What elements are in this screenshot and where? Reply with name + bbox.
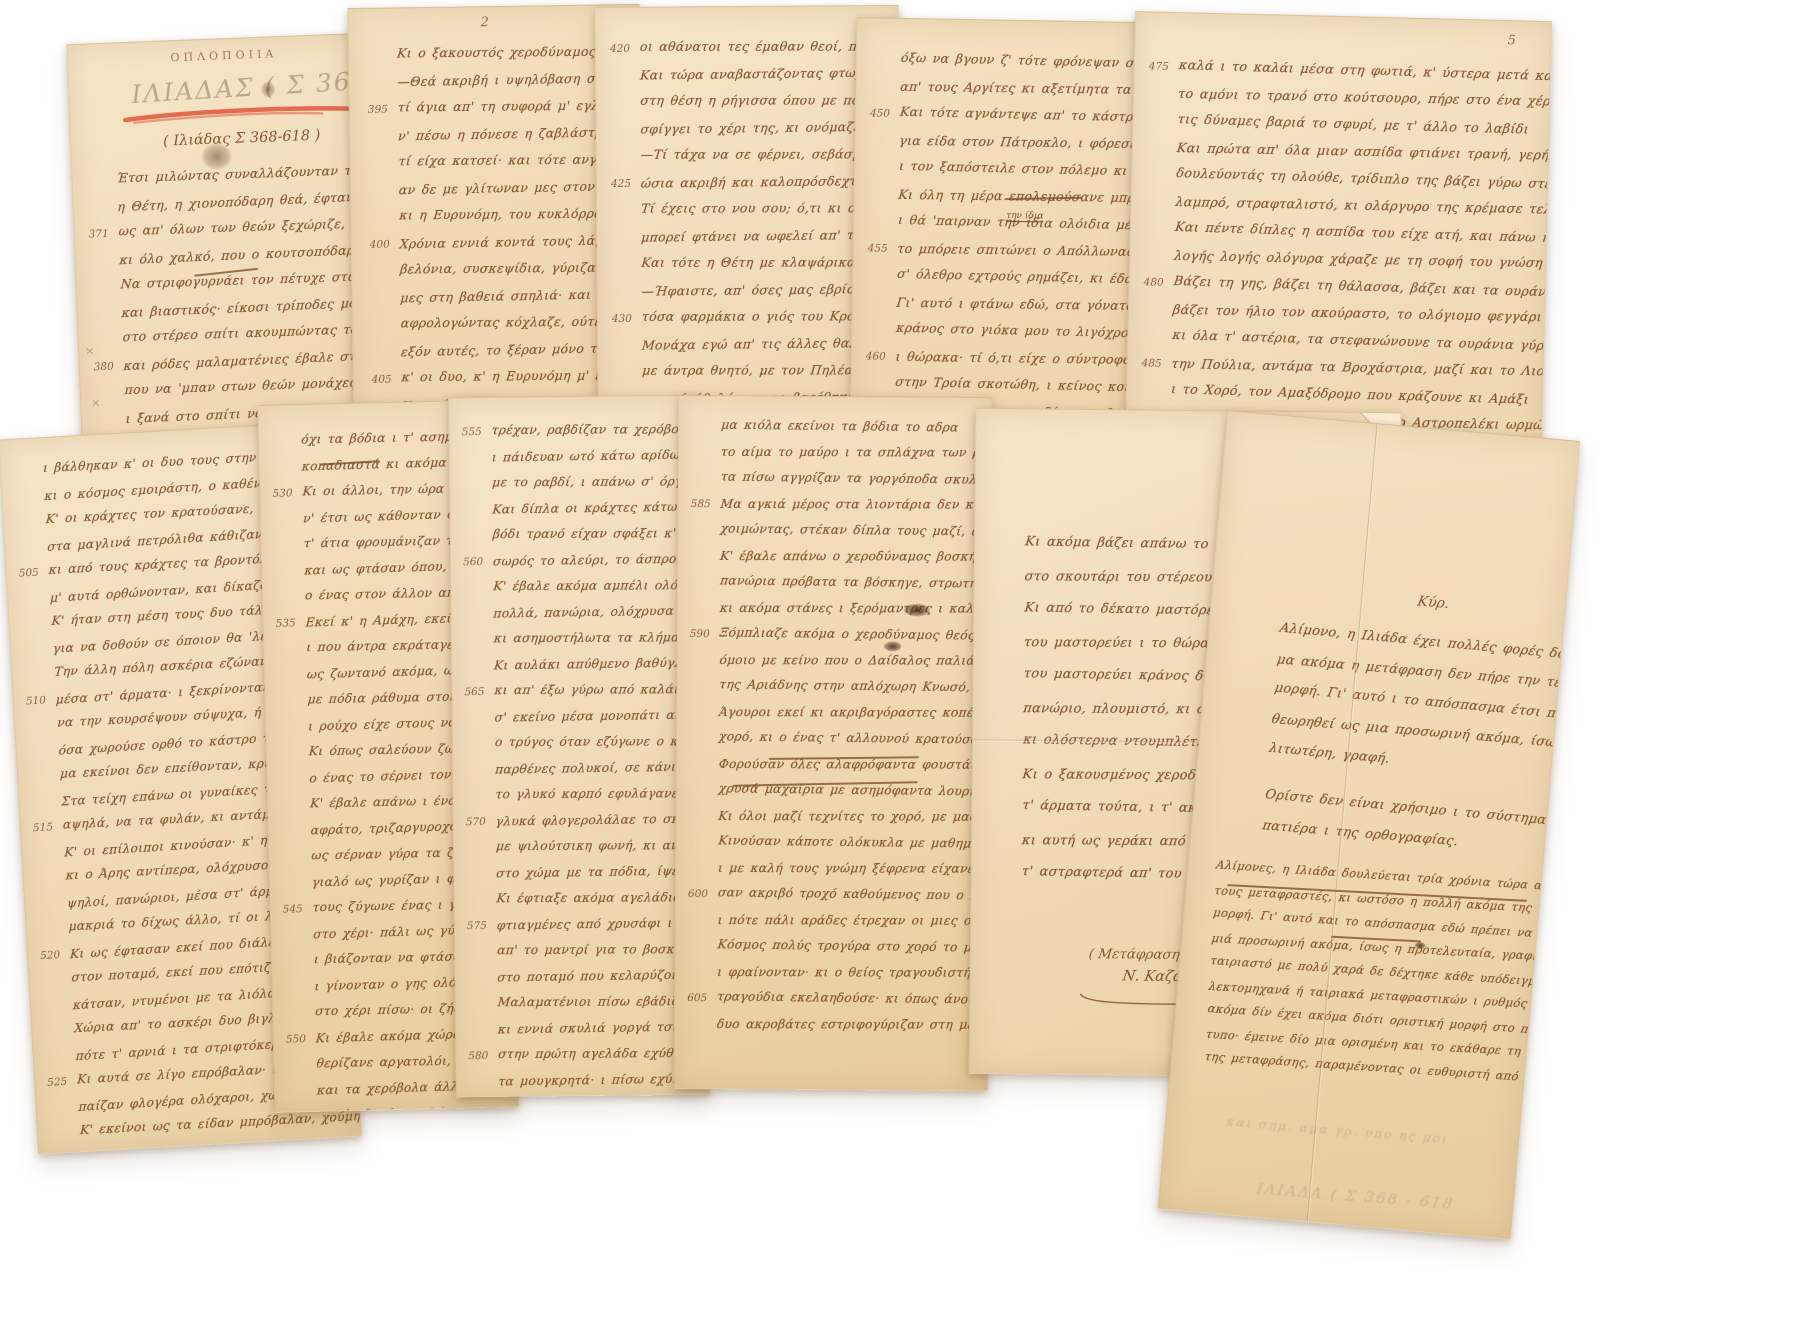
verse-number (11, 499, 45, 501)
verse-number (92, 422, 126, 423)
verse-line: στο ποταμό που κελαρύζοντας κυλούσε (463, 968, 707, 997)
verse-number (1142, 177, 1176, 178)
verse-line: Κ' έβαλε ακόμα αμπέλι ολόφορτο απ' τα (459, 578, 703, 607)
verse-number (272, 652, 306, 653)
verse-line: 560σωρός το αλεύρι, το άσπρο, ετοίμαζαν … (459, 552, 703, 581)
verse-number: 420 (606, 43, 640, 55)
verse-text: καλά ι το καλάι μέσα στη φωτιά, κ' ύστερ… (1178, 58, 1552, 85)
verse-number (46, 1135, 80, 1137)
verse-number (276, 808, 310, 809)
verse-text: χορό, κι ο ένας τ' αλλουνού κρατούσαν το… (718, 729, 992, 747)
verse-text: ι φραίνονταν· κι ο θείος τραγουδιστής στ… (717, 965, 993, 980)
verse-number (9, 473, 43, 475)
verse-text: δυο ακροβάτες εστριφογύριζαν στη μέση τρ… (716, 1017, 992, 1032)
verse-line: ο τρύγος όταν εζύγωνε ο καιρός, τ' αμπελ… (461, 734, 705, 763)
verse-number (274, 730, 308, 731)
verse-line: το γλυκό καρπό εφυλάγανε κοιλάρες (461, 786, 705, 815)
verse-text: Φορούσαν όλες αλαφρόφαντα φουστάνια, και… (718, 757, 992, 772)
verse-number: 480 (1139, 276, 1173, 289)
verse-line: κι ασημοστήλωτα τα κλήματα βοχά (460, 630, 704, 659)
faint-pencil-ghost: και σημ. αμα γρ. υπο ης μοι (1225, 1115, 1449, 1146)
ink-smudge (904, 603, 930, 616)
verse-number: 565 (460, 686, 494, 698)
verse-line: πολλά, πανώρια, ολόχρυσα τσαμπιά ψη (460, 604, 704, 633)
verse-line: Κ' έβαλε απάνω ο χεροδύναμος βοσκή μεγάλ… (686, 548, 990, 576)
verse-text: τρέχαν, ραβδίζαν τα χερόβολα στην αγκαλι… (491, 422, 710, 438)
verse-number: 485 (1137, 357, 1171, 370)
verse-line: ι με καλή τους γνώμη ξέφρενα είχανε τα π… (684, 860, 988, 888)
verse-line: Μαλαματένιοι πίσω εβάδιζαν τσοπάνοι (464, 994, 708, 1023)
verse-number: 570 (462, 816, 496, 828)
verse-number (271, 574, 305, 575)
verse-line: τα μουγκρητά· ι πίσω εχύνονταν τα παλ (464, 1072, 708, 1098)
verse-number (28, 804, 62, 806)
verse-line: απ' το μαντρί για το βοσκοτόπι κινούσαν (463, 942, 707, 971)
margin-note: × (91, 396, 101, 409)
verse-number (31, 855, 65, 857)
verse-number (867, 62, 901, 63)
verse-number: 505 (14, 566, 49, 580)
verse-number: 550 (282, 1033, 316, 1046)
verse-number: 575 (463, 920, 497, 932)
verse-number (269, 522, 303, 523)
verse-number: 585 (687, 498, 721, 510)
verse-number: 530 (268, 487, 302, 500)
letter-para1: Αλίμονο, η Ιλιάδα έχει πολλές φορές δουλ… (1267, 622, 1555, 795)
verse-number (863, 278, 897, 279)
verse-number (278, 886, 312, 887)
verse-text: κι ακόμα στάνες ι ξερόμαντρες ι καλύβες (719, 601, 992, 616)
verse-number (274, 704, 308, 705)
verse-number: 380 (90, 360, 124, 373)
verse-line: 570γλυκά φλογερολάλαε το σκοπό του Λίνου (462, 812, 706, 841)
verse-number (32, 881, 66, 883)
verse-number (35, 931, 69, 933)
verse-text: μα κιόλα εκείνοι τα βόδια το αδρα (720, 418, 959, 435)
verse-line: της Αριάδνης στην απλόχωρη Κνωσό, της ωρ… (685, 678, 989, 706)
verse-number: 520 (36, 948, 71, 962)
verse-number (267, 444, 301, 445)
verse-number (281, 1016, 315, 1017)
verse-number (862, 332, 896, 333)
faint-pencil-ghost: ΙΛΙΑΔΑ ( Σ 368 - 618 (1255, 1180, 1455, 1213)
verse-number: 525 (43, 1075, 78, 1089)
verse-number: 405 (368, 373, 402, 385)
verse-number: 455 (864, 242, 898, 255)
verse-number (281, 990, 315, 991)
verse-number (14, 550, 48, 552)
verse-number (12, 524, 46, 526)
verse-line: 590Ξόμπλιαζε ακόμα ο χεροδύναμος θεός χο… (686, 626, 990, 654)
verse-number (1143, 123, 1177, 124)
verse-line: 600σαν ακριβό τροχό καθούμενος που ο κερ… (684, 886, 988, 914)
verse-text: πανώρια πρόβατα τα βόσκηγε, στρωτή λαγκά… (719, 573, 992, 591)
margin-note: × (85, 344, 95, 357)
verse-number (1141, 231, 1175, 232)
verse-number (861, 386, 895, 387)
verse-number (41, 1033, 75, 1035)
verse-number: 475 (1145, 60, 1179, 73)
verse-number: 580 (464, 1050, 498, 1062)
verse-text: Κινούσαν κάποτε ολόκυκλα με μαθημένα πόδ… (718, 833, 993, 851)
verse-line: Φορούσαν όλες αλαφρόφαντα φουστάνια, και… (685, 756, 989, 784)
verse-line: Και δίπλα οι κράχτες κάτω από ένα δρυ (458, 500, 702, 529)
ink-smudge (884, 641, 902, 651)
verse-number: 395 (364, 103, 398, 115)
verse-text: Ξόμπλιαζε ακόμα ο χεροδύναμος θεός χοροσ… (719, 625, 992, 643)
verse-number: 600 (684, 888, 718, 900)
verse-number (21, 677, 55, 679)
verse-number (275, 756, 309, 757)
verse-number (1138, 339, 1172, 340)
verse-number: 371 (84, 227, 118, 240)
verse-number: 510 (22, 693, 57, 707)
verse-line: παρθένες πολυκοί, σε κάνιστρα νεανικά (461, 760, 705, 789)
verse-number (271, 600, 305, 601)
verse-number (276, 782, 310, 783)
verse-lines: 555τρέχαν, ραβδίζαν τα χερόβολα στην αγκ… (458, 422, 709, 1098)
verse-line: σ' εκείνο μέσα μονοπάτι ανέβαινε, να φέρ (461, 708, 705, 737)
verse-number: 555 (458, 426, 492, 438)
verse-number: 535 (272, 617, 306, 630)
verse-line: Κι όλοι μαζί τεχνίτες το χορό, με μαστορ… (684, 808, 988, 836)
verse-number (18, 626, 52, 628)
verse-text: ι με καλή τους γνώμη ξέφρενα είχανε τα π… (717, 861, 992, 876)
verse-number (84, 210, 118, 211)
section-subtitle: ( Ιλιάδας Σ 368-618 ) (163, 128, 321, 150)
verse-lines: μα κιόλα εκείνοι τα βόδια το αδρατο αίμα… (683, 418, 991, 1044)
verse-number (45, 1110, 79, 1112)
verse-text: Κόσμος πολύς τρογύρα στο χορό το μαγεμέν… (717, 937, 993, 955)
verse-line: ι πάιδευαν ωτό κάτω αρίδωτος ο βασιλιάς (458, 448, 702, 477)
verse-line: χρυσά μαχαίρια με ασημόφαντα λουριά είχα… (685, 782, 989, 810)
page-header: ΟΠΛΟΠΟΙΙΑ (68, 43, 380, 68)
margin-note: την ίδια (1006, 211, 1043, 223)
verse-number (1139, 312, 1173, 313)
verse-number (88, 316, 122, 317)
verse-number (23, 728, 57, 730)
verse-line: με ψιλούτσικη φωνή, κι ανώρια αχολόγαε (462, 838, 706, 867)
verse-number (1140, 258, 1174, 259)
verse-text: το αίμα το μαύρο ι τα σπλάχνα των ρου (720, 445, 992, 460)
verse-number: 460 (862, 350, 896, 363)
verse-number: 560 (459, 556, 493, 568)
verse-line: όμοιο με κείνο που ο Δαίδαλος παλιά είχε… (685, 652, 989, 680)
verse-number (864, 224, 898, 225)
verse-text: Μα αγκιά μέρος στα λιοντάρια δεν κοτούσα… (720, 497, 993, 512)
verse-line: ι φραίνονταν· κι ο θείος τραγουδιστής στ… (683, 964, 987, 992)
verse-line: 555τρέχαν, ραβδίζαν τα χερόβολα στην αγκ… (458, 422, 702, 451)
verse-line: στο χώμα με τα πόδια, ίψελναν χορο (462, 864, 706, 893)
verse-number (1144, 96, 1178, 97)
verse-line: χοιμώντας, στέκαν δίπλα τους μαζί, αλυχτ… (686, 522, 990, 550)
verse-number (865, 197, 899, 198)
verse-number: 605 (683, 992, 717, 1004)
verse-line: το αίμα το μαύρο ι τα σπλάχνα των ρου (687, 444, 991, 472)
verse-number (268, 470, 302, 471)
verse-text: όμοιο με κείνο που ο Δαίδαλος παλιά είχε… (719, 653, 993, 668)
sheet-b6: Κύρ.Αλίμονο, η Ιλιάδα έχει πολλές φορές … (1158, 410, 1581, 1240)
verse-line: δυο ακροβάτες εστριφογύριζαν στη μέση τρ… (683, 1016, 987, 1044)
verse-number (19, 651, 53, 653)
verse-number (87, 289, 121, 290)
verse-number (25, 753, 59, 755)
verse-line: κι ακόμα στάνες ι ξερόμαντρες ι καλύβες (686, 600, 990, 628)
verse-line: 565κι απ' έξω γύρω από καλάι φράχτη· μον… (460, 682, 704, 711)
verse-line: χορό, κι ο ένας τ' αλλουνού κρατούσαν το… (685, 730, 989, 758)
verse-number: 515 (29, 821, 64, 835)
verse-number (39, 1008, 73, 1010)
verse-number (1143, 150, 1177, 151)
verse-number (26, 779, 60, 781)
verse-text: ι πότε πάλι αράδες έτρεχαν οι μιες στις … (717, 913, 992, 928)
verse-number (277, 834, 311, 835)
verse-number (280, 964, 314, 965)
verse-number: 590 (686, 628, 720, 640)
verse-number (283, 1094, 317, 1095)
verse-text: της Αριάδνης στην απλόχωρη Κνωσό, της ωρ… (719, 677, 993, 696)
sheet-b4: μα κιόλα εκείνοι τα βόδια το αδρατο αίμα… (674, 395, 993, 1091)
verse-text: ι πάιδευαν ωτό κάτω αρίδωτος ο βασιλιάς (491, 446, 709, 464)
verse-line: τα πίσω αγγρίζαν τα γοργόποδα σκυλιά (687, 470, 991, 498)
verse-line: κι εννιά σκυλιά γοργά τσι ακλούθαγαν (464, 1020, 708, 1049)
page-number: 5 (1507, 33, 1516, 48)
verse-number (42, 1059, 76, 1061)
verse-number (38, 982, 72, 984)
verse-line: 580στην πρώτη αγελάδα εχύθηκαν, που μούγ… (464, 1046, 708, 1075)
verse-line: 585Μα αγκιά μέρος στα λιοντάρια δεν κοτο… (687, 496, 991, 524)
verse-text: Κι όλοι μαζί τεχνίτες το χορό, με μαστορ… (718, 809, 993, 824)
verse-line: Κι έφτιαξε ακόμα αγελάδια κερατά (463, 890, 707, 919)
page-number: 2 (481, 15, 489, 30)
verse-number (16, 600, 50, 602)
letter-greeting: Κύρ. (1416, 593, 1451, 612)
verse-line: βόδι τρανό είχαν σφάξει κ' έψηναν με βιά… (459, 526, 703, 555)
verse-number: 545 (279, 903, 313, 916)
verse-number (273, 678, 307, 679)
verse-number: 400 (366, 238, 400, 250)
verse-number (83, 183, 117, 184)
verse-number (1137, 393, 1171, 394)
verse-number (865, 170, 899, 171)
verse-line: 420οι αθάνατοι τες έμαθαν θεοί, πλάσμα σ… (606, 38, 898, 67)
verse-number (1141, 204, 1175, 205)
verse-line: ι πότε πάλι αράδες έτρεχαν οι μιες στις … (684, 912, 988, 940)
verse-text: Άγουροι εκεί κι ακριβαγόραστες κοπέλες ε… (718, 705, 992, 720)
verse-number (283, 1068, 317, 1069)
verse-number (278, 860, 312, 861)
verse-number: 450 (866, 107, 900, 120)
verse-line: με το ραβδί, ι απάνω σ' όργωμα (458, 474, 702, 503)
verse-line: Άγουροι εκεί κι ακριβαγόραστες κοπέλες ε… (685, 704, 989, 732)
letter-para2: Ορίστε δεν είναι χρήσιμο ι το σύστημα το… (1261, 788, 1541, 872)
verse-number: 425 (607, 178, 641, 190)
verse-line: Κινούσαν κάποτε ολόκυκλα με μαθημένα πόδ… (684, 834, 988, 862)
verse-line: Κόσμος πολύς τρογύρα στο χορό το μαγεμέν… (683, 938, 987, 966)
verse-line: μα κιόλα εκείνοι τα βόδια το αδρα (687, 418, 991, 446)
verse-line: Κι αυλάκι απύθμενο βαθύγλαυκο ζερβά (460, 656, 704, 685)
verse-number (865, 143, 899, 144)
sheet-b3: 555τρέχαν, ραβδίζαν τα χερόβολα στην αγκ… (448, 395, 709, 1098)
verse-number: 430 (608, 313, 642, 325)
verse-text: σαν ακριβό τροχό καθούμενος που ο κεραμέ… (717, 885, 992, 904)
verse-text: Κ' έβαλε απάνω ο χεροδύναμος βοσκή μεγάλ… (719, 549, 992, 564)
verse-number (86, 263, 120, 264)
verse-text: χοιμώντας, στέκαν δίπλα τους μαζί, αλυχτ… (720, 521, 993, 539)
manuscript-photo: ΟΠΛΟΠΟΙΙΑΙΛΙΑΔΑΣ ( Σ 368-618( Ιλιάδας Σ … (0, 0, 1800, 1321)
verse-line: πανώρια πρόβατα τα βόσκηγε, στρωτή λαγκά… (686, 574, 990, 602)
verse-text: τραγούδια εκελαηδούσε· κι όπως άνοιγε το… (717, 989, 993, 1007)
verse-text: τα πίσω αγγρίζαν τα γοργόποδα σκυλιά (720, 470, 991, 487)
verse-number (866, 89, 900, 90)
verse-number (279, 938, 313, 939)
verse-line: 575φτιαγμένες από χρυσάφι ι από καλάι λα (463, 916, 707, 945)
verse-number (270, 548, 304, 549)
verse-number (863, 305, 897, 306)
verse-line: 605τραγούδια εκελαηδούσε· κι όπως άνοιγε… (683, 990, 987, 1018)
verse-number (33, 906, 67, 908)
